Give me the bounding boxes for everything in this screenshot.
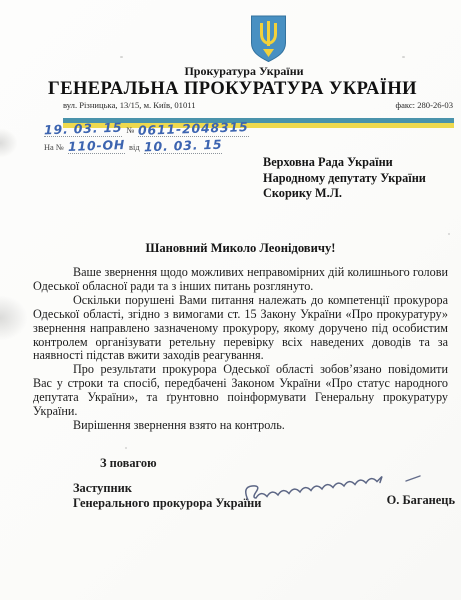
signer-position-line-1: Заступник [73,481,261,496]
recipient-line-1: Верховна Рада України [263,155,426,171]
incoming-date-handwritten: 10. 03. 15 [143,139,222,154]
recipient-block: Верховна Рада України Народному депутату… [263,155,426,202]
org-title: ГЕНЕРАЛЬНА ПРОКУРАТУРА УКРАЇНИ [8,79,457,100]
scan-speck [120,56,123,58]
recipient-line-3: Скорику М.Л. [263,186,426,202]
street-address: вул. Різницька, 13/15, м. Київ, 01011 [63,100,196,110]
incoming-number-handwritten: 110-ОН [68,139,126,153]
address-row: вул. Різницька, 13/15, м. Київ, 01011 фа… [63,100,453,110]
scan-speck [448,233,450,235]
signer-position-line-2: Генерального прокурора України [73,496,261,511]
body-paragraph: Оскільки порушені Вами питання належать … [33,294,448,364]
number-sign-label: № [126,126,134,135]
on-number-label: На № [44,143,64,152]
body-paragraph: Ваше звернення щодо можливих неправомірн… [33,266,448,294]
scan-smudge [0,295,28,341]
signer-name: О. Баганець [387,493,455,508]
reference-block: 19. 03. 15 № 0611-2048315 На № 110-ОН ві… [44,123,304,157]
scan-speck [125,447,127,449]
letter-body: Ваше звернення щодо можливих неправомірн… [33,266,448,433]
scan-speck [402,56,405,58]
fax-number: факс: 280-26-03 [396,100,454,110]
scanned-letter-page: Прокуратура України ГЕНЕРАЛЬНА ПРОКУРАТУ… [0,0,461,600]
outgoing-date-handwritten: 19. 03. 15 [44,122,123,137]
outgoing-number-handwritten: 0611-2048315 [138,121,249,137]
body-paragraph: Вирішення звернення взято на контроль. [33,419,448,433]
from-date-label: від [129,143,140,152]
recipient-line-2: Народному депутату України [263,171,426,187]
org-name-small: Прокуратура України [35,64,453,79]
closing-regards: З повагою [100,456,157,471]
salutation: Шановний Миколо Леонідовичу! [33,241,448,256]
ukraine-trident-emblem-icon [250,15,287,63]
body-paragraph: Про результати прокурора Одеської област… [33,363,448,419]
signer-position: Заступник Генерального прокурора України [73,481,261,510]
scan-smudge [0,128,18,158]
